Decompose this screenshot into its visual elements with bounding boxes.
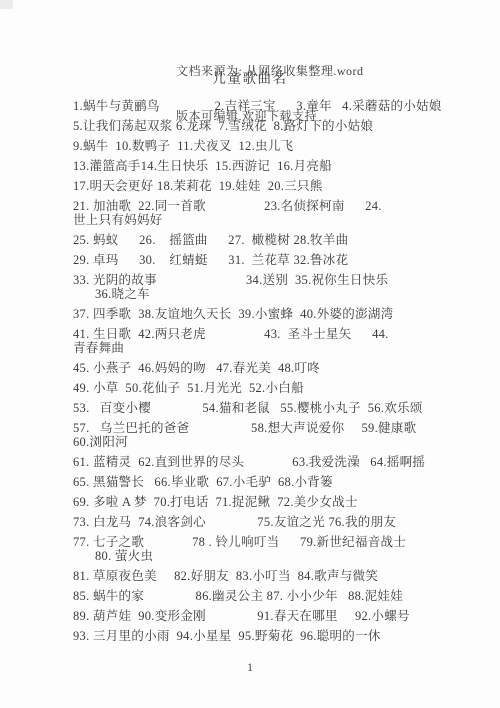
song-line: 81. 草原夜色美 82.好朋友 83.小叮当 84.歌声与微笑 [73,566,442,586]
song-line: 65. 黑猫警长 66.毕业歌 67.小毛驴 68.小背篓 [73,472,442,492]
song-line: 73. 白龙马 74.浪客剑心 75.友谊之光 76.我的朋友 [73,512,442,532]
song-list: 1.蜗牛与黄鹂鸟 2.吉祥三宝 3.童年 4.采蘑菇的小姑娘5.让我们荡起双浆 … [73,96,442,646]
document-page: 文档来源为: 从网络收集整理.word 版本可编辑.欢迎下载支持 儿童歌曲名 1… [0,0,500,708]
song-line: 41. 生日歌 42.两只老虎 43. 圣斗士星矢 44. [73,324,442,344]
scan-artifact [0,0,13,9]
page-title: 儿童歌曲名 [0,67,500,87]
song-line: 85. 蜗牛的家 86.幽灵公主 87. 小小少年 88.泥娃娃 [73,586,442,606]
song-line: 5.让我们荡起双浆 6.龙珠 7.雪绒花 8.路灯下的小姑娘 [73,116,442,136]
song-line: 49. 小草 50.花仙子 51.月光光 52.小白船 [73,378,442,398]
song-line: 29. 卓玛 30. 红蜻蜓 31. 兰花草 32.鲁冰花 [73,250,442,270]
song-line: 53. 百变小樱 54.猫和老鼠 55.樱桃小丸子 56.欢乐颂 [73,398,442,418]
song-line: 45. 小燕子 46.妈妈的吻 47.春光美 48.叮咚 [73,358,442,378]
song-line: 57. 乌兰巴托的爸爸 58.想大声说爱你 59.健康歌 [73,418,442,438]
song-line: 69. 多啦 A 梦 70.打电话 71.捉泥鳅 72.美少女战士 [73,492,442,512]
song-line: 17.明天会更好 18.茉莉花 19.娃娃 20.三只熊 [73,176,442,196]
song-line: 1.蜗牛与黄鹂鸟 2.吉祥三宝 3.童年 4.采蘑菇的小姑娘 [73,96,442,116]
song-line: 25. 蚂蚁 26. 摇篮曲 27. 橄榄树 28.牧羊曲 [73,230,442,250]
song-line: 89. 葫芦娃 90.变形金刚 91.春天在哪里 92.小螺号 [73,606,442,626]
song-line: 37. 四季歌 38.友谊地久天长 39.小蜜蜂 40.外婆的澎湖湾 [73,304,442,324]
song-line: 9.蜗牛 10.数鸭子 11.犬夜叉 12.虫儿飞 [73,136,442,156]
song-line: 13.灌篮高手14.生日快乐 15.西游记 16.月亮船 [73,156,442,176]
song-line: 93. 三月里的小雨 94.小星星 95.野菊花 96.聪明的一休 [73,626,442,646]
page-number: 1 [0,660,500,675]
song-line: 61. 蓝精灵 62.直到世界的尽头 63.我爱洗澡 64.摇啊摇 [73,452,442,472]
